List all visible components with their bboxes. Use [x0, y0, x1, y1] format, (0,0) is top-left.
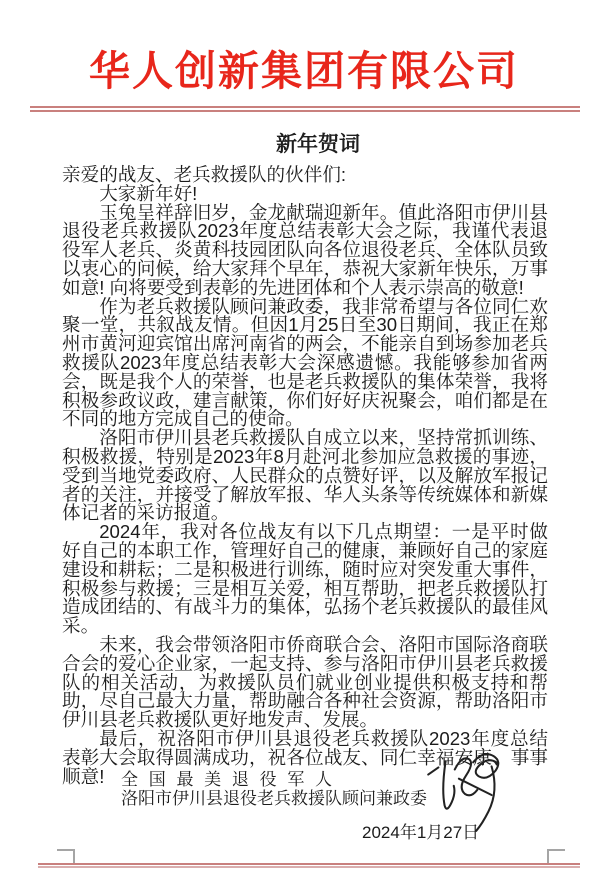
letter-title: 新年贺词 — [14, 128, 608, 158]
footer-divider — [38, 863, 580, 868]
handwritten-signature-icon — [424, 748, 506, 840]
paragraph: 大家新年好! — [62, 185, 548, 204]
salutation: 亲爱的战友、老兵救援队的伙伴们: — [62, 166, 548, 185]
header-divider — [30, 106, 580, 112]
paragraph: 作为老兵救援队顾问兼政委，我非常希望与各位同仁欢聚一堂，共叙战友情。但因1月25… — [62, 298, 548, 430]
company-title: 华人创新集团有限公司 — [0, 38, 608, 97]
paragraph: 2024年，我对各位战友有以下几点期望：一是平时做好自己的本职工作，管理好自己的… — [62, 523, 548, 636]
header-divider-line-bottom — [30, 110, 580, 112]
footer-divider-line-bottom — [38, 866, 580, 868]
paragraph: 洛阳市伊川县老兵救援队自成立以来，坚持常抓训练、积极救援，特别是2023年8月赴… — [62, 429, 548, 523]
letter-page: 华人创新集团有限公司 新年贺词 亲爱的战友、老兵救援队的伙伴们: 大家新年好! … — [0, 0, 608, 889]
paragraph: 未来，我会带领洛阳市侨商联合会、洛阳市国际洛商联合会的爱心企业家，一起支持、参与… — [62, 636, 548, 730]
paragraph: 玉兔呈祥辞旧岁，金龙献瑞迎新年。值此洛阳市伊川县退役老兵救援队2023年度总结表… — [62, 204, 548, 298]
letter-body: 亲爱的战友、老兵救援队的伙伴们: 大家新年好! 玉兔呈祥辞旧岁，金龙献瑞迎新年。… — [62, 166, 548, 786]
